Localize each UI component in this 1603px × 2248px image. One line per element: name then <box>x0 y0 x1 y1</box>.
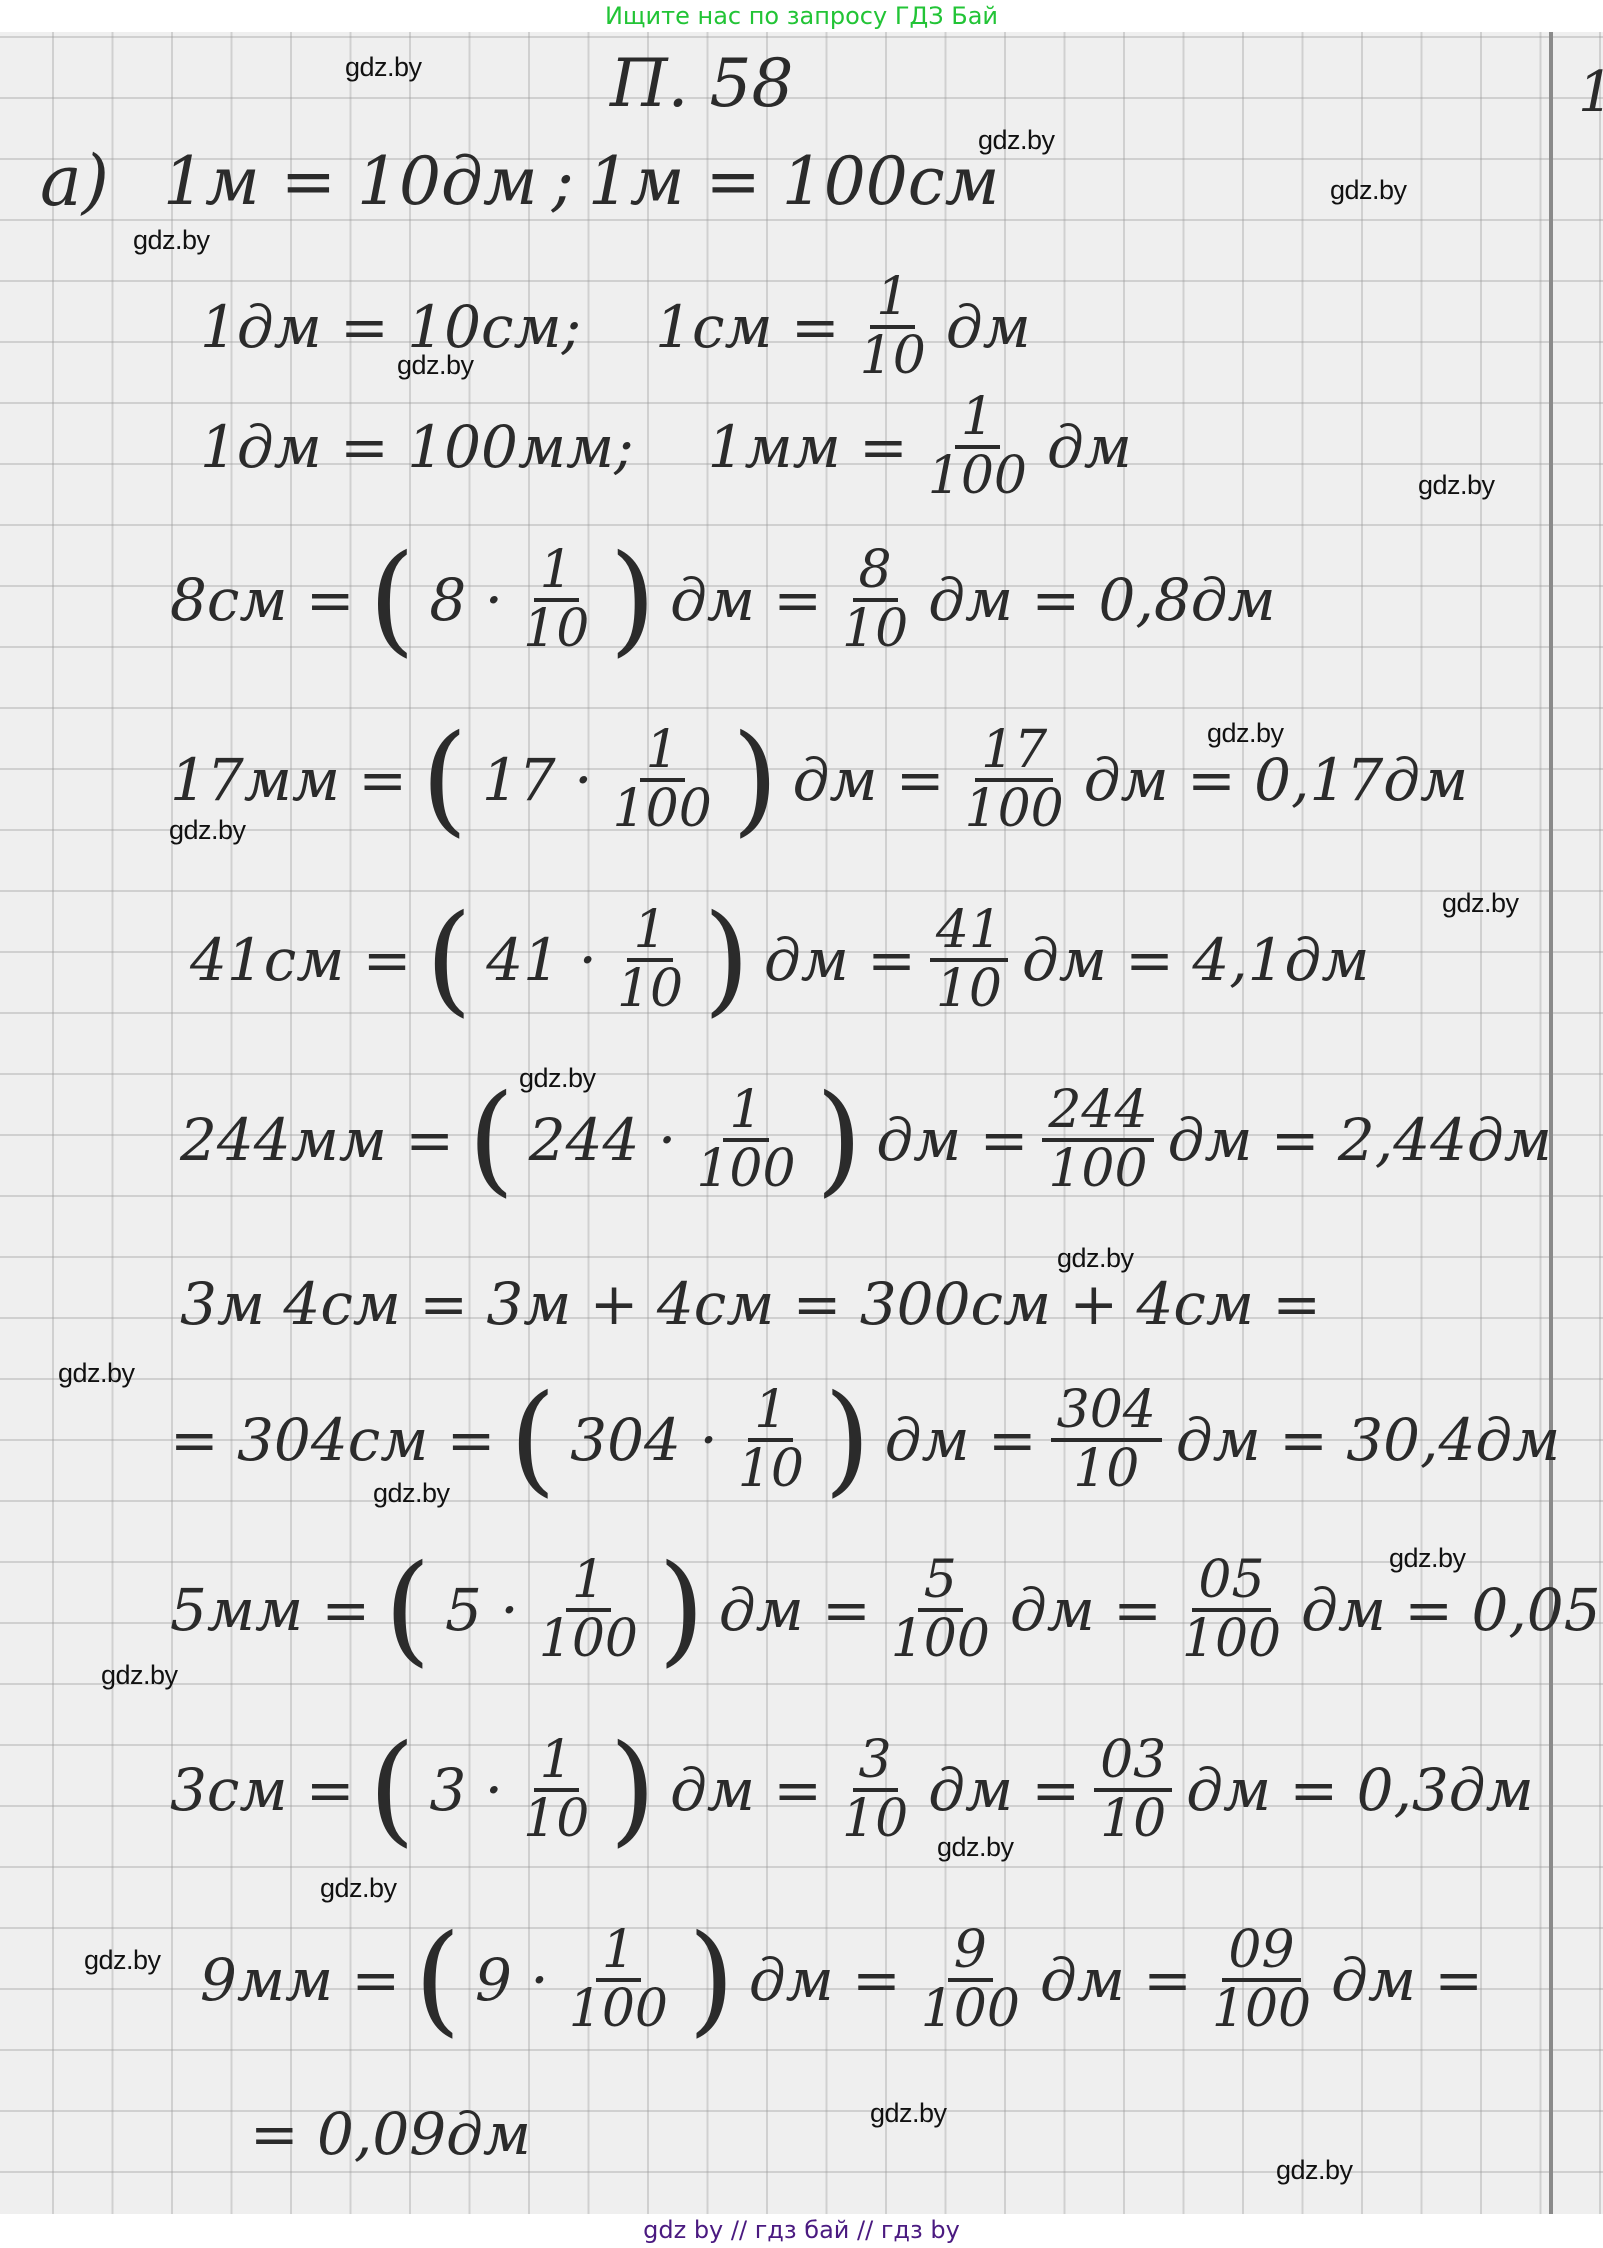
definition-m-dm: 1м = 10дм <box>163 143 538 220</box>
math-text: 3 · <box>429 1756 503 1824</box>
math-text: 5 · <box>445 1576 519 1644</box>
fraction-denominator: 10 <box>836 602 914 657</box>
parenthesis: ) <box>824 1380 871 1500</box>
fraction-denominator: 10 <box>930 962 1008 1017</box>
fraction-numerator: 1 <box>748 1383 793 1442</box>
watermark: gdz.by <box>1276 2155 1353 2186</box>
watermark: gdz.by <box>133 225 210 256</box>
watermark: gdz.by <box>373 1478 450 1509</box>
fraction-denominator: 100 <box>1206 1982 1317 2037</box>
definition-m-cm: 1м = 100см <box>588 143 1000 220</box>
parenthesis: ) <box>688 1920 735 2040</box>
parenthesis: ( <box>509 1380 556 1500</box>
fraction: 1100 <box>690 1083 801 1196</box>
fraction-denominator: 10 <box>836 1792 914 1847</box>
example-3m4cm: 3м 4см = 3м + 4см = 300см + 4см = <box>180 1270 1321 1338</box>
watermark: gdz.by <box>978 125 1055 156</box>
fraction-numerator: 03 <box>1094 1733 1172 1792</box>
parenthesis: ) <box>732 720 779 840</box>
watermark: gdz.by <box>101 1660 178 1691</box>
math-text: дм = <box>1010 1576 1162 1644</box>
watermark: gdz.by <box>1207 718 1284 749</box>
parenthesis: ) <box>703 900 750 1020</box>
math-text: 41 · <box>486 926 597 994</box>
math-text: 9мм = <box>200 1946 400 2014</box>
fraction-numerator: 304 <box>1051 1383 1162 1442</box>
math-text: дм = 30,4дм <box>1176 1406 1560 1474</box>
definition-dm-cm: 1дм = 10см; <box>200 293 581 361</box>
fraction: 9100 <box>915 1923 1026 2036</box>
math-text: 5мм = <box>170 1576 370 1644</box>
fraction-denominator: 10 <box>517 1792 595 1847</box>
math-text: 3м 4см = 3м + 4см = 300см + 4см = <box>180 1270 1321 1338</box>
fraction: 110 <box>611 903 689 1016</box>
fraction-denominator: 10 <box>732 1442 810 1497</box>
fraction-numerator: 1 <box>870 270 915 329</box>
fraction-numerator: 5 <box>918 1553 963 1612</box>
watermark: gdz.by <box>1057 1243 1134 1274</box>
fraction: 1100 <box>563 1923 674 2036</box>
watermark: gdz.by <box>58 1358 135 1389</box>
fraction-denominator: 100 <box>915 1982 1026 2037</box>
fraction: 05100 <box>1176 1553 1287 1666</box>
fraction-numerator: 05 <box>1192 1553 1270 1612</box>
unit: дм <box>946 293 1031 361</box>
fraction: 17100 <box>959 723 1070 836</box>
separator: ; <box>552 143 574 220</box>
math-text: 8 · <box>429 566 503 634</box>
math-text: дм = 2,44дм <box>1168 1106 1552 1174</box>
fraction-numerator: 8 <box>853 543 898 602</box>
watermark: gdz.by <box>1389 1543 1466 1574</box>
math-text: дм = <box>670 566 822 634</box>
math-text: дм = 0,3дм <box>1186 1756 1533 1824</box>
fraction: 09100 <box>1206 1923 1317 2036</box>
corner-fragment: 1 <box>1578 60 1603 125</box>
math-text: дм = 0,05дм <box>1301 1576 1603 1644</box>
fraction-denominator: 10 <box>1094 1792 1172 1847</box>
math-text: дм = <box>719 1576 871 1644</box>
math-text: 8см = <box>170 566 355 634</box>
math-text: дм = 4,1дм <box>1022 926 1369 994</box>
example-9mm-result: = 0,09дм <box>250 2100 531 2168</box>
fraction: 4110 <box>930 903 1008 1016</box>
math-text: дм = <box>670 1756 822 1824</box>
fraction-denominator: 100 <box>607 782 718 837</box>
watermark: gdz.by <box>345 52 422 83</box>
example-9mm: 9мм =(9 · 1100) дм = 9100 дм = 09100 дм … <box>200 1920 1483 2040</box>
fraction: 0310 <box>1094 1733 1172 1846</box>
fraction-denominator: 10 <box>854 329 932 384</box>
fraction: 1100 <box>607 723 718 836</box>
fraction: 5100 <box>885 1553 996 1666</box>
fraction: 810 <box>836 543 914 656</box>
example-41cm: 41см =(41 · 110) дм = 4110 дм = 4,1дм <box>190 900 1369 1020</box>
math-text: дм = 0,17дм <box>1084 746 1468 814</box>
fraction-numerator: 1 <box>640 723 685 782</box>
problem-number: П. 58 <box>610 45 794 122</box>
example-8cm: 8см =(8 · 110) дм = 810 дм = 0,8дм <box>170 540 1276 660</box>
parenthesis: ) <box>816 1080 863 1200</box>
fraction-numerator: 1 <box>723 1083 768 1142</box>
footer-links[interactable]: gdz by // гдз бай // гдз by <box>0 2214 1603 2248</box>
fraction-denominator: 100 <box>922 449 1033 504</box>
parenthesis: ) <box>658 1550 705 1670</box>
fraction-denominator: 10 <box>517 602 595 657</box>
fraction-denominator: 100 <box>563 1982 674 2037</box>
parenthesis: ) <box>609 540 656 660</box>
math-text: 9 · <box>475 1946 549 2014</box>
fraction: 110 <box>517 1733 595 1846</box>
parenthesis: ( <box>384 1550 431 1670</box>
fraction-denominator: 100 <box>959 782 1070 837</box>
math-text: дм = <box>793 746 945 814</box>
fraction-denominator: 10 <box>611 962 689 1017</box>
fraction: 310 <box>836 1733 914 1846</box>
math-text: дм = 0,8дм <box>928 566 1275 634</box>
fraction-denominator: 10 <box>1067 1442 1145 1497</box>
search-banner[interactable]: Ищите нас по запросу ГДЗ Бай <box>0 0 1603 32</box>
watermark: gdz.by <box>84 1945 161 1976</box>
fraction-numerator: 1 <box>534 1733 579 1792</box>
unit: дм <box>1047 413 1132 481</box>
definition-cm-lhs: 1см = <box>655 293 840 361</box>
math-text: дм = <box>1331 1946 1483 2014</box>
definition-line-1: а) 1м = 10дм ; 1м = 100см <box>40 140 999 222</box>
watermark: gdz.by <box>519 1063 596 1094</box>
definition-line-3: 1дм = 100мм; 1мм = 1100 дм <box>200 390 1132 503</box>
math-text: 3см = <box>170 1756 355 1824</box>
parenthesis: ) <box>609 1730 656 1850</box>
fraction-numerator: 1 <box>627 903 672 962</box>
math-text: дм = <box>1040 1946 1192 2014</box>
example-3cm: 3см =(3 · 110) дм = 310 дм = 0310 дм = 0… <box>170 1730 1534 1850</box>
fraction-numerator: 1 <box>534 543 579 602</box>
example-244mm: 244мм =(244 · 1100) дм = 244100 дм = 2,4… <box>180 1080 1552 1200</box>
fraction-denominator: 100 <box>885 1612 996 1667</box>
math-text: дм = <box>876 1106 1028 1174</box>
fraction: 110 <box>517 543 595 656</box>
definition-mm-lhs: 1мм = <box>708 413 908 481</box>
watermark: gdz.by <box>397 350 474 381</box>
definition-line-2: 1дм = 10см; 1см = 110 дм <box>200 270 1031 383</box>
fraction-numerator: 3 <box>853 1733 898 1792</box>
fraction-denominator: 100 <box>690 1142 801 1197</box>
fraction-numerator: 41 <box>930 903 1008 962</box>
fraction: 110 <box>854 270 932 383</box>
math-text: дм = <box>749 1946 901 2014</box>
math-text: дм = <box>764 926 916 994</box>
fraction: 244100 <box>1042 1083 1153 1196</box>
parenthesis: ( <box>425 900 472 1020</box>
math-text: = 304см = <box>170 1406 495 1474</box>
fraction-numerator: 1 <box>566 1553 611 1612</box>
fraction: 1100 <box>533 1553 644 1666</box>
watermark: gdz.by <box>937 1832 1014 1863</box>
fraction: 110 <box>732 1383 810 1496</box>
fraction-numerator: 244 <box>1042 1083 1153 1142</box>
parenthesis: ( <box>421 720 468 840</box>
math-text: 304 · <box>570 1406 718 1474</box>
parenthesis: ( <box>369 1730 416 1850</box>
math-text: дм = <box>885 1406 1037 1474</box>
fraction-denominator: 100 <box>1176 1612 1287 1667</box>
fraction-numerator: 1 <box>955 390 1000 449</box>
fraction-numerator: 09 <box>1222 1923 1300 1982</box>
watermark: gdz.by <box>320 1873 397 1904</box>
fraction-numerator: 17 <box>975 723 1053 782</box>
math-text: 244мм = <box>180 1106 454 1174</box>
part-label: а) <box>40 140 109 222</box>
watermark: gdz.by <box>1442 888 1519 919</box>
fraction-denominator: 100 <box>533 1612 644 1667</box>
watermark: gdz.by <box>1330 175 1407 206</box>
watermark: gdz.by <box>870 2098 947 2129</box>
math-text: 17мм = <box>170 746 407 814</box>
definition-dm-mm: 1дм = 100мм; <box>200 413 634 481</box>
math-text: 244 · <box>529 1106 677 1174</box>
parenthesis: ( <box>369 540 416 660</box>
parenthesis: ( <box>414 1920 461 2040</box>
math-text: 41см = <box>190 926 411 994</box>
parenthesis: ( <box>468 1080 515 1200</box>
fraction-denominator: 100 <box>1042 1142 1153 1197</box>
fraction-numerator: 1 <box>596 1923 641 1982</box>
fraction: 1100 <box>922 390 1033 503</box>
fraction: 30410 <box>1051 1383 1162 1496</box>
fraction-numerator: 9 <box>948 1923 993 1982</box>
math-text: 17 · <box>482 746 593 814</box>
math-text: = 0,09дм <box>250 2100 531 2168</box>
math-text: дм = <box>928 1756 1080 1824</box>
watermark: gdz.by <box>169 815 246 846</box>
watermark: gdz.by <box>1418 470 1495 501</box>
